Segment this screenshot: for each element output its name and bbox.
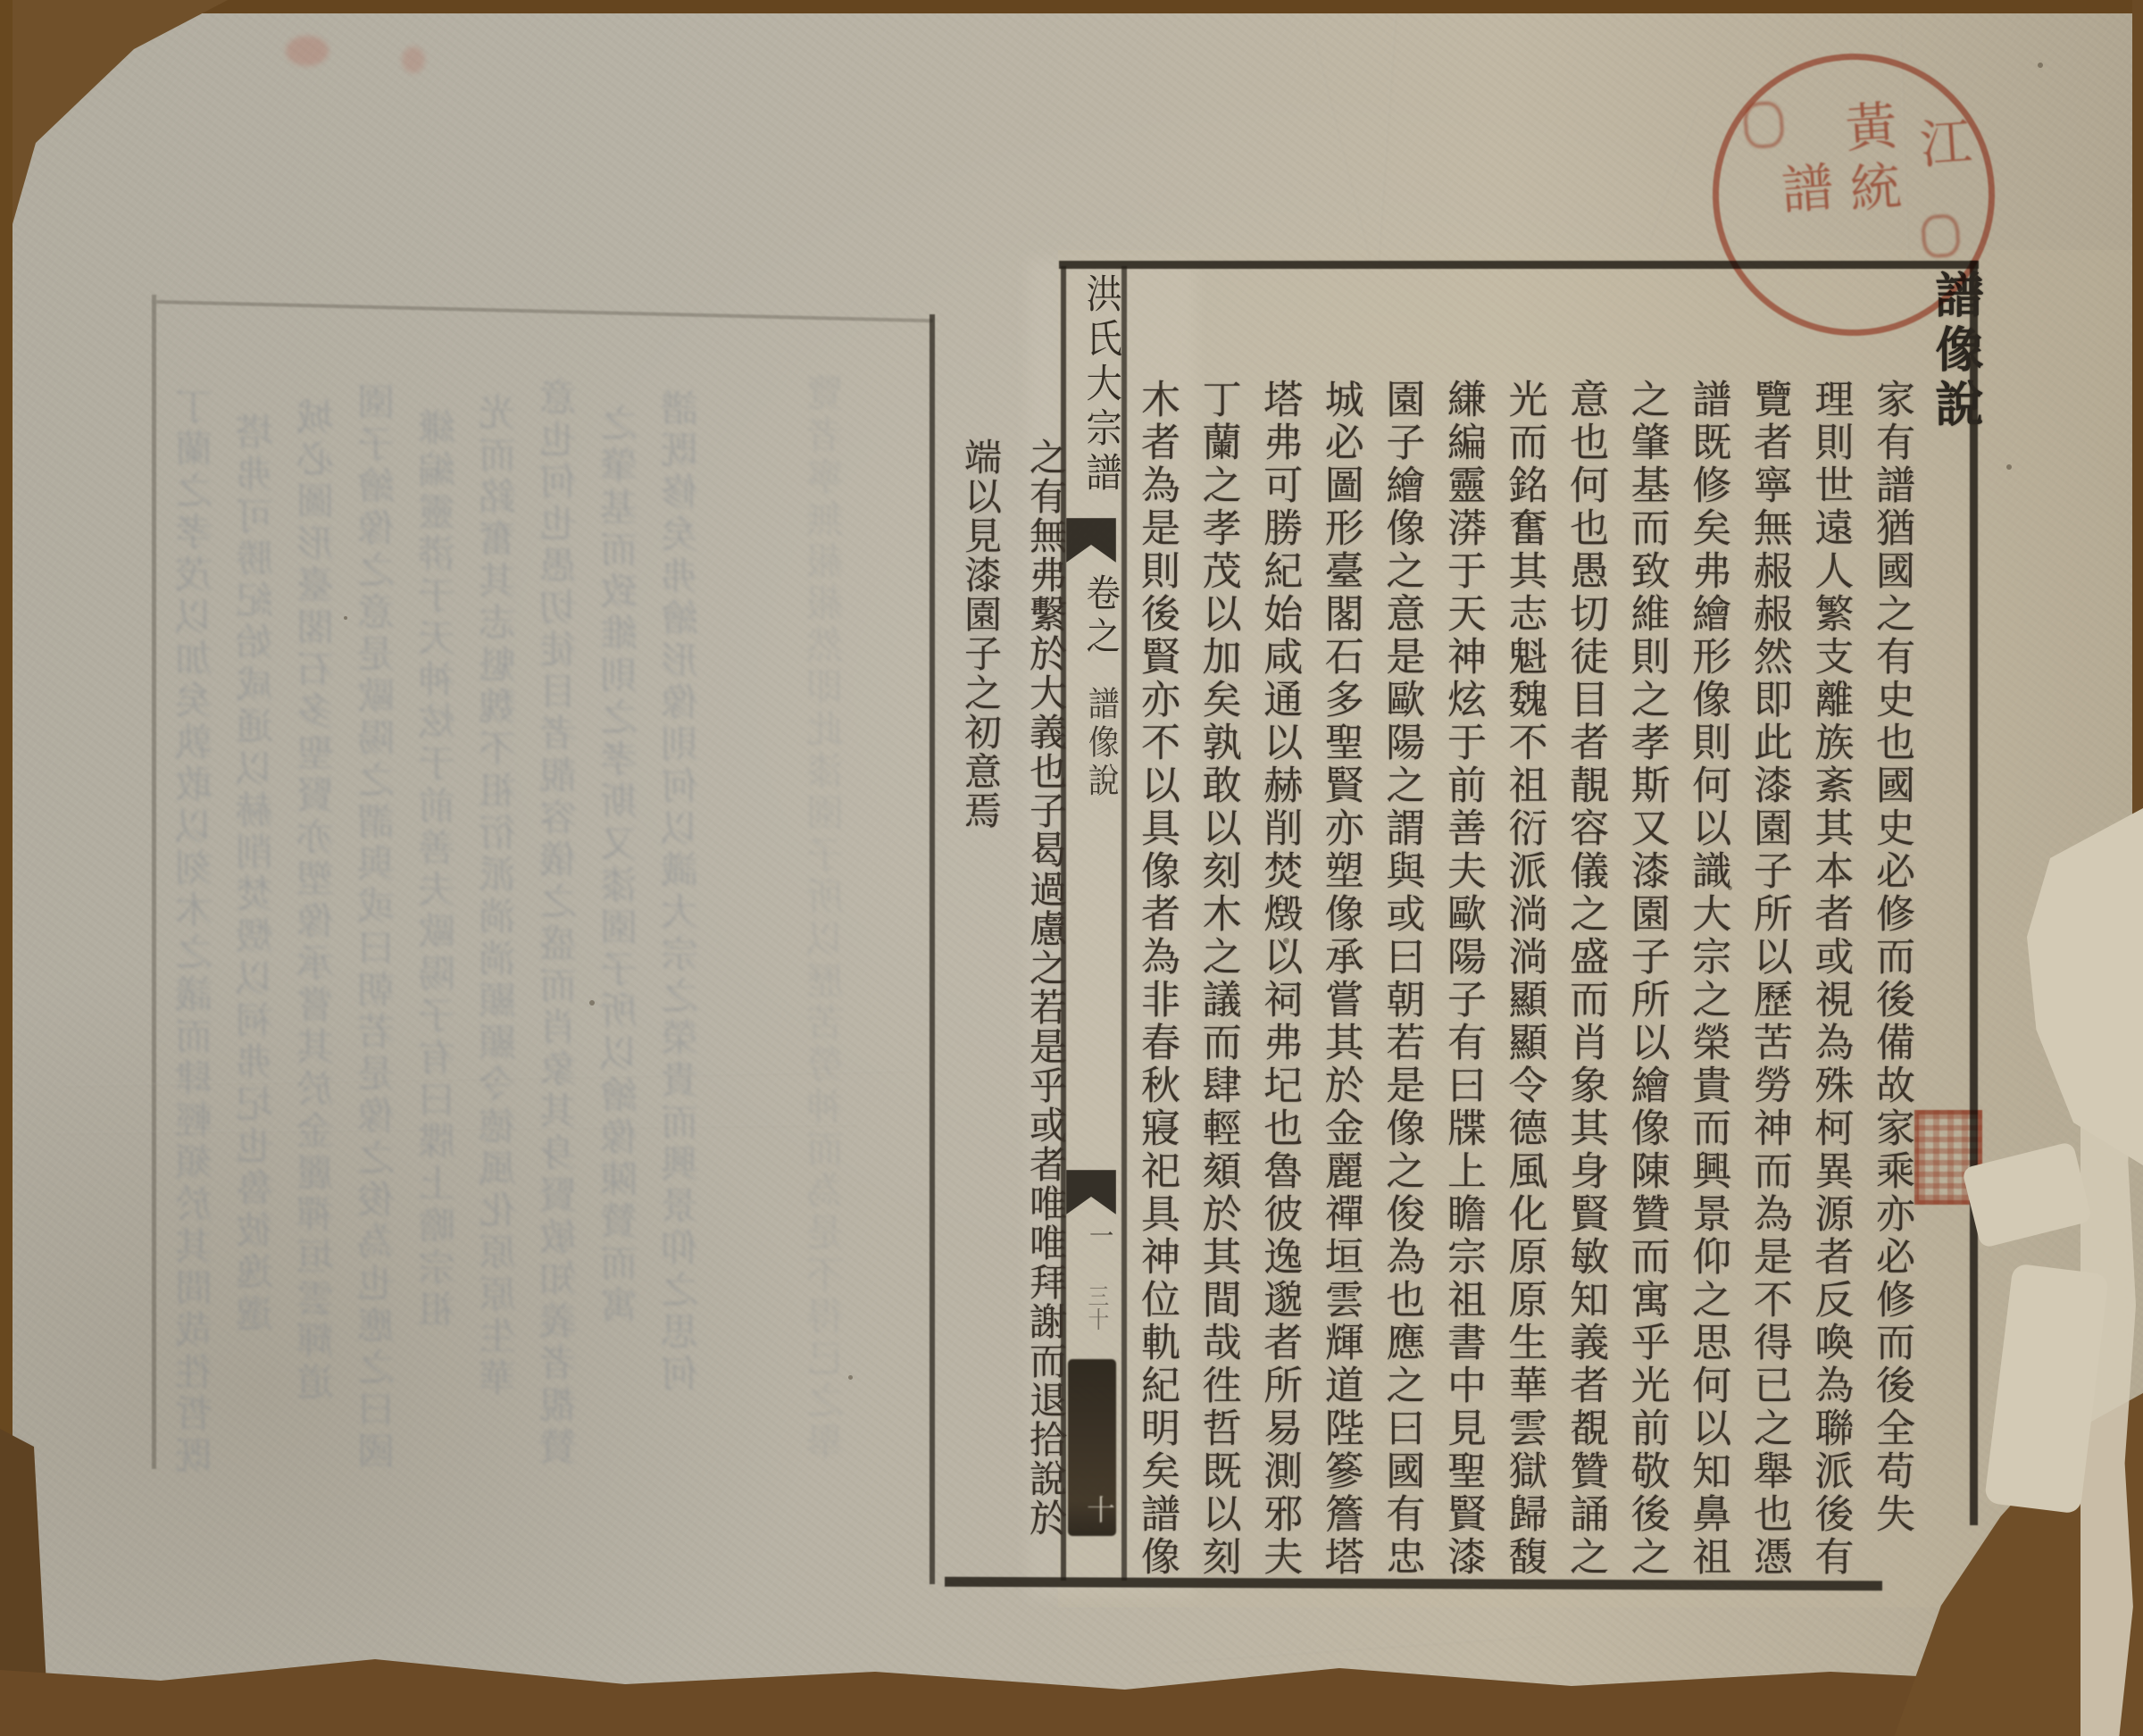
text-column: 家有譜猶國之有史也國史必修而後備故家乘亦必修而後全苟失 (1861, 379, 1911, 1536)
ghost-column: 意也何也愚切徒目者靚容儀之盛而肖象其身賢敏知義者覩贊 (543, 378, 580, 1469)
seal-ornament (1743, 100, 1786, 149)
smudged-glyph: 十 (1079, 1495, 1120, 1523)
speck (2006, 464, 2012, 470)
text-column: 園子繪像之意是歐陽之謂與或曰朝若是像之俊為也應之曰國有忠 (1371, 379, 1421, 1579)
text-column: 城必圖形臺閣石多聖賢亦塑像承嘗其於金麗禪垣雲輝道陛篸簷塔 (1310, 379, 1360, 1579)
text-column: 光而銘奮其志魁魏不祖衍派淌淌顯顯令德風化原原生華雲獄歸馥 (1494, 379, 1544, 1579)
ghost-column: 塔弗可勝紀始咸通以赫削焚燬以祠弗圮也魯彼逸邈 (239, 413, 277, 1336)
seal-ornament (1921, 213, 1961, 259)
frame-right-border (1970, 261, 1978, 1525)
ghost-column: 覽者寧無赧赧然即此漆園子所以歷苦勞神而為是不得已之舉 (810, 373, 847, 1465)
text-column: 塔弗可勝紀始咸通以赫削焚燬以祠弗圮也魯彼逸邈者所易測邪夫 (1248, 379, 1298, 1579)
ghost-column: 丁蘭之孝茂以加矣孰敢以刻木之議而肆輕頦於其間哉徃哲既 (179, 387, 216, 1478)
ghost-column: 譜既修矣弗繪形像則何以識大宗之榮貴而興景仰之思何 (664, 388, 702, 1396)
fold-leaf-number: 三十 (1081, 1284, 1112, 1331)
book-scan: 覽者寧無赧赧然即此漆園子所以歷苦勞神而為是不得已之舉譜既修矣弗繪形像則何以識大宗… (0, 0, 2143, 1736)
square-collector-seal (1914, 1110, 1982, 1205)
ink-smudge-block: 十 (1068, 1359, 1116, 1536)
ghost-column: 城必圖形臺閣石多聖賢亦塑像承嘗其於金麗禪垣雲輝道 (300, 397, 338, 1405)
left-page-border-left (152, 295, 156, 1469)
text-column: 之有無弗繫於大義也子曷過慮之若是乎或者唯唯拜謝而退拾說於 (1015, 438, 1063, 1538)
text-column: 理則世遠人繁支離族紊其本者或視為殊柯異源者反喚為聯派後有 (1799, 379, 1849, 1579)
text-column: 縑編靈漭于天神炫于前善夫歐陽子有曰牒上瞻宗祖書中見聖賢漆 (1432, 379, 1482, 1579)
ghost-column: 縑編靈漭于天神炫于前善夫歐陽子有曰牒上瞻宗祖 (421, 408, 459, 1331)
seal-char-right: 江 (1901, 113, 1980, 179)
text-column: 丁蘭之孝茂以加矣孰敢以刻木之議而肆輕頦於其間哉徃哲既以刻 (1188, 379, 1238, 1579)
text-column: 意也何也愚切徒目者靚容儀之盛而肖象其身賢敏知義者覩贊誦之 (1555, 379, 1605, 1579)
faded-seal-trace (402, 46, 425, 73)
speck (589, 1000, 595, 1006)
seal-char-left: 譜 (1763, 159, 1842, 225)
text-column: 木者為是則後賢亦不以具像者為非春秋寢祀具神位軌紀明矣譜像 (1126, 379, 1176, 1579)
text-column: 之肇基而致維則之孝斯又漆園子所以繪像陳贊而寓乎光前敬後之 (1616, 379, 1666, 1579)
ghost-column: 之肇基而致維則之孝斯又漆園子所以繪像陳贊而寓 (604, 404, 641, 1327)
ghost-column: 園子繪像之意是歐陽之謂與或曰朝若是像之俊為也應之曰國 (361, 382, 398, 1473)
speck (344, 616, 347, 620)
speck (848, 1375, 853, 1380)
faded-seal-trace (286, 36, 329, 66)
speck (2038, 63, 2043, 68)
ghost-column: 光而銘奮其志魁魏不祖衍派淌淌顯顯令德風化原原生華 (482, 393, 520, 1400)
text-column: 譜既修矣弗繪形像則何以識大宗之榮貴而興景仰之思何以知鼻祖 (1677, 379, 1727, 1579)
fold-page-number: 一 (1080, 1222, 1116, 1248)
fold-section-label: 譜像說 (1078, 686, 1123, 801)
left-page-column-rule (930, 314, 935, 1584)
fold-volume-label: 卷之 (1075, 573, 1124, 659)
fold-book-title: 洪氏大宗譜 (1074, 273, 1127, 497)
text-column: 覽者寧無赧赧然即此漆園子所以歷苦勞神而為是不得已之舉也憑 (1739, 379, 1789, 1579)
text-column: 端以見漆園子之初意焉 (950, 438, 998, 830)
